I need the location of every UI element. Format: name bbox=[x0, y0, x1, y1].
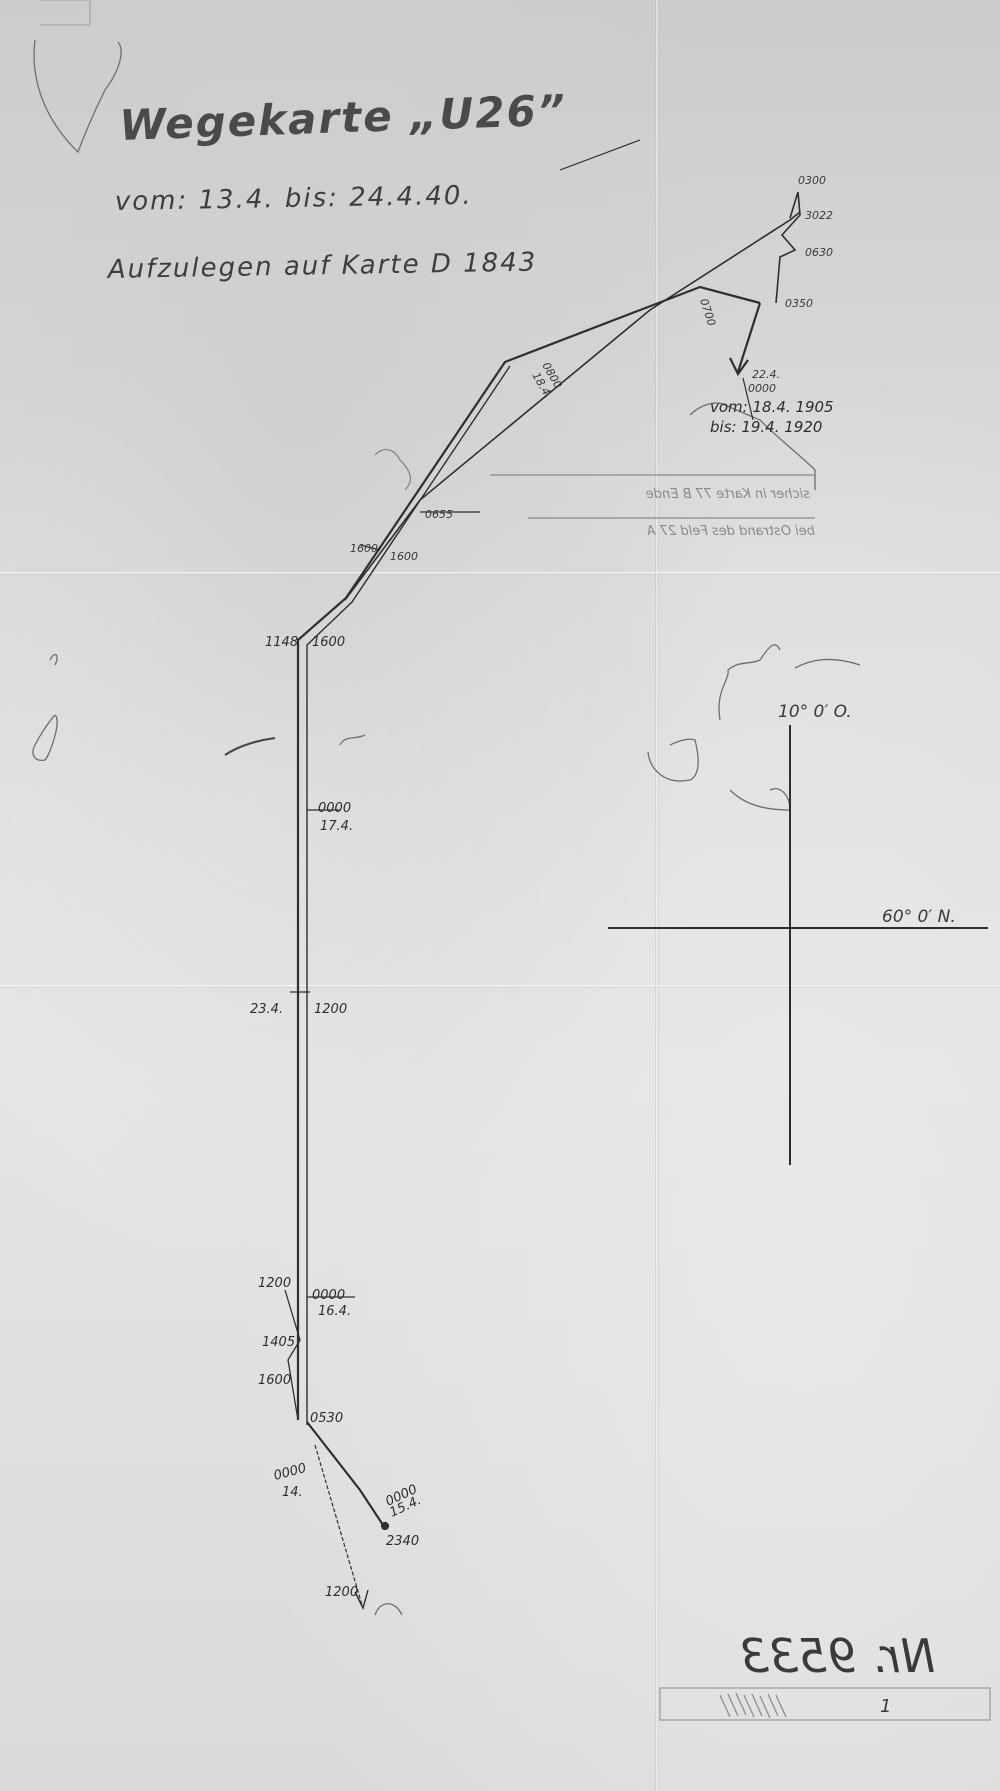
stamp-number: Nr. 9533 bbox=[740, 1629, 935, 1683]
stamp-box bbox=[660, 1688, 990, 1720]
position-from: vom: 18.4. 1905 bbox=[710, 398, 834, 416]
label-date: 23.4. bbox=[250, 1002, 283, 1017]
label-time: 1600 bbox=[258, 1373, 291, 1388]
route-leg-south bbox=[307, 1422, 383, 1525]
route-map: Wegekarte „U26” vom: 13.4. bis: 24.4.40.… bbox=[0, 0, 1000, 1791]
map-title: Wegekarte „U26” bbox=[119, 85, 568, 150]
label-time: 0300 bbox=[798, 174, 826, 187]
stamp-scribble bbox=[720, 1693, 786, 1718]
route-leg-to-arrow bbox=[738, 303, 760, 372]
label-time: 1405 bbox=[262, 1335, 295, 1350]
label-time: 1200 bbox=[325, 1585, 358, 1600]
margin-stroke bbox=[225, 738, 275, 755]
label-time: 1600 bbox=[390, 550, 418, 563]
label-time: 1600 bbox=[312, 635, 345, 650]
route-zigzag-north bbox=[776, 192, 800, 303]
label-time: 0630 bbox=[805, 246, 833, 259]
label-time: 1148 bbox=[265, 635, 298, 650]
label-time: 0530 bbox=[310, 1411, 343, 1426]
coastline-top-left bbox=[34, 40, 121, 152]
label-time: 0655 bbox=[425, 508, 453, 521]
label-time: 0000 bbox=[318, 801, 351, 816]
island-sketch bbox=[795, 659, 860, 668]
overlay-note: Aufzulegen auf Karte D 1843 bbox=[106, 248, 538, 286]
label-date: 17.4. bbox=[320, 819, 353, 834]
label-date: 22.4. bbox=[752, 368, 780, 381]
label-time: 1600 bbox=[350, 542, 378, 555]
route-track bbox=[285, 140, 800, 1608]
label-time: 0350 bbox=[785, 297, 813, 310]
latitude-label: 60° 0′ N. bbox=[882, 907, 956, 927]
label-time: 2340 bbox=[386, 1534, 419, 1549]
position-to: bis: 19.4. 1920 bbox=[710, 418, 822, 436]
route-leg-north-outer bbox=[298, 287, 760, 1420]
coastline-sketches bbox=[33, 0, 860, 1615]
route-leg-north-inner bbox=[307, 366, 510, 1425]
island-sketch bbox=[648, 739, 698, 781]
longitude-label: 10° 0′ O. bbox=[778, 702, 852, 722]
mirrored-bleed-text: sicher in Karte 77 B Ende bbox=[646, 487, 810, 502]
label-time: 0000 bbox=[312, 1288, 345, 1303]
label-time: 0700 bbox=[697, 297, 718, 328]
position-note: vom: 18.4. 1905 bis: 19.4. 1920 bbox=[710, 398, 834, 436]
label-date: 14. bbox=[282, 1485, 303, 1500]
island-sketch bbox=[719, 645, 780, 720]
map-header: Wegekarte „U26” vom: 13.4. bis: 24.4.40.… bbox=[106, 85, 568, 285]
margin-mark bbox=[50, 655, 57, 665]
small-mark bbox=[340, 735, 365, 745]
coastline-bottom bbox=[375, 1604, 402, 1615]
mirrored-bleed-text: bei Ostrand des Feld 27 A bbox=[647, 524, 815, 539]
margin-mark bbox=[33, 715, 57, 760]
label-time: 3022 bbox=[805, 209, 833, 222]
date-range: vom: 13.4. bis: 24.4.40. bbox=[115, 181, 473, 217]
route-end-point bbox=[382, 1523, 388, 1529]
archive-stamp: Nr. 9533 1 bbox=[660, 1629, 990, 1720]
label-time: 0000 bbox=[272, 1461, 308, 1484]
coastline-crossing bbox=[375, 450, 410, 490]
route-leg-dashed bbox=[315, 1445, 362, 1605]
label-time: 1200 bbox=[258, 1276, 291, 1291]
label-date: 16.4. bbox=[318, 1304, 351, 1319]
bleed-through-strip: sicher in Karte 77 B Ende bei Ostrand de… bbox=[490, 475, 815, 539]
label-time: 0000 bbox=[748, 382, 776, 395]
grid-reference: 10° 0′ O. 60° 0′ N. bbox=[608, 702, 988, 1165]
island-sketch bbox=[730, 789, 790, 810]
label-time: 1200 bbox=[314, 1002, 347, 1017]
title-underline-stroke bbox=[560, 140, 640, 170]
stamp-sheet: 1 bbox=[880, 1696, 891, 1717]
corner-tape bbox=[40, 0, 90, 25]
